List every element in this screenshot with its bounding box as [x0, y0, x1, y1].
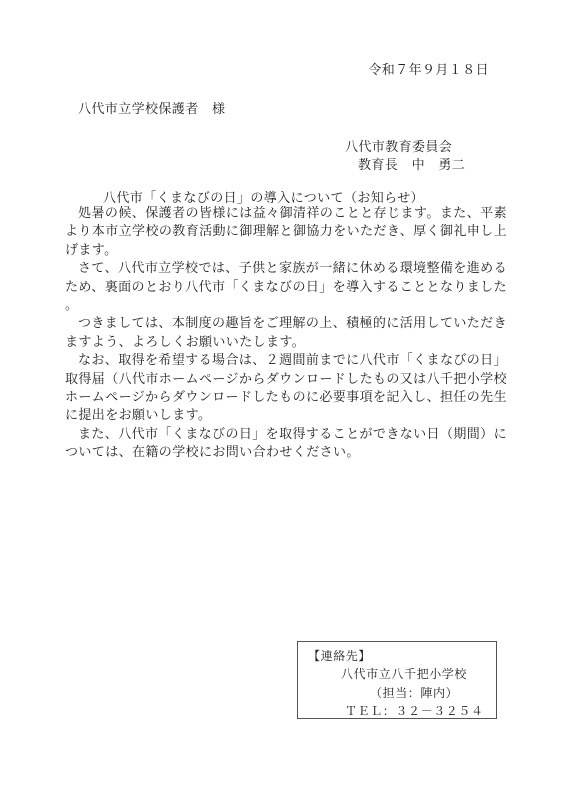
- contact-label: 【連絡先】: [298, 647, 496, 665]
- letter-body: 処暑の候、保護者の皆様には益々御清祥のことと存じます。また、平素より本市立学校の…: [65, 204, 507, 462]
- contact-telephone: ＴＥＬ：３２－３２５４: [298, 702, 496, 720]
- body-paragraph: 処暑の候、保護者の皆様には益々御清祥のことと存じます。また、平素より本市立学校の…: [65, 204, 507, 259]
- contact-school-name: 八代市立八千把小学校: [298, 665, 496, 683]
- contact-person: （担当：陣内）: [298, 684, 496, 702]
- sender-name-line: 教育長 中 勇二: [358, 157, 465, 172]
- body-paragraph: なお、取得を希望する場合は、２週間前までに八代市「くまなびの日」取得届（八代市ホ…: [65, 351, 507, 425]
- body-paragraph: また、八代市「くまなびの日」を取得することができない日（期間）については、在籍の…: [65, 425, 507, 462]
- body-paragraph: つきましては、本制度の趣旨をご理解の上、積極的に活用していただきますよう、よろし…: [65, 314, 507, 351]
- contact-info-box: 【連絡先】 八代市立八千把小学校 （担当：陣内） ＴＥＬ：３２－３２５４: [297, 641, 497, 719]
- sender-organization-line: 八代市教育委員会: [345, 139, 452, 154]
- recipient-line: 八代市立学校保護者 様: [78, 101, 225, 116]
- letter-page: 令和７年９月１８日 八代市立学校保護者 様 八代市教育委員会 教育長 中 勇二 …: [0, 0, 566, 800]
- body-paragraph: さて、八代市立学校では、子供と家族が一緒に休める環境整備を進めるため、裏面のとお…: [65, 259, 507, 314]
- date-line: 令和７年９月１８日: [65, 62, 489, 77]
- document-title: 八代市「くまなびの日」の導入について（お知らせ）: [103, 190, 424, 205]
